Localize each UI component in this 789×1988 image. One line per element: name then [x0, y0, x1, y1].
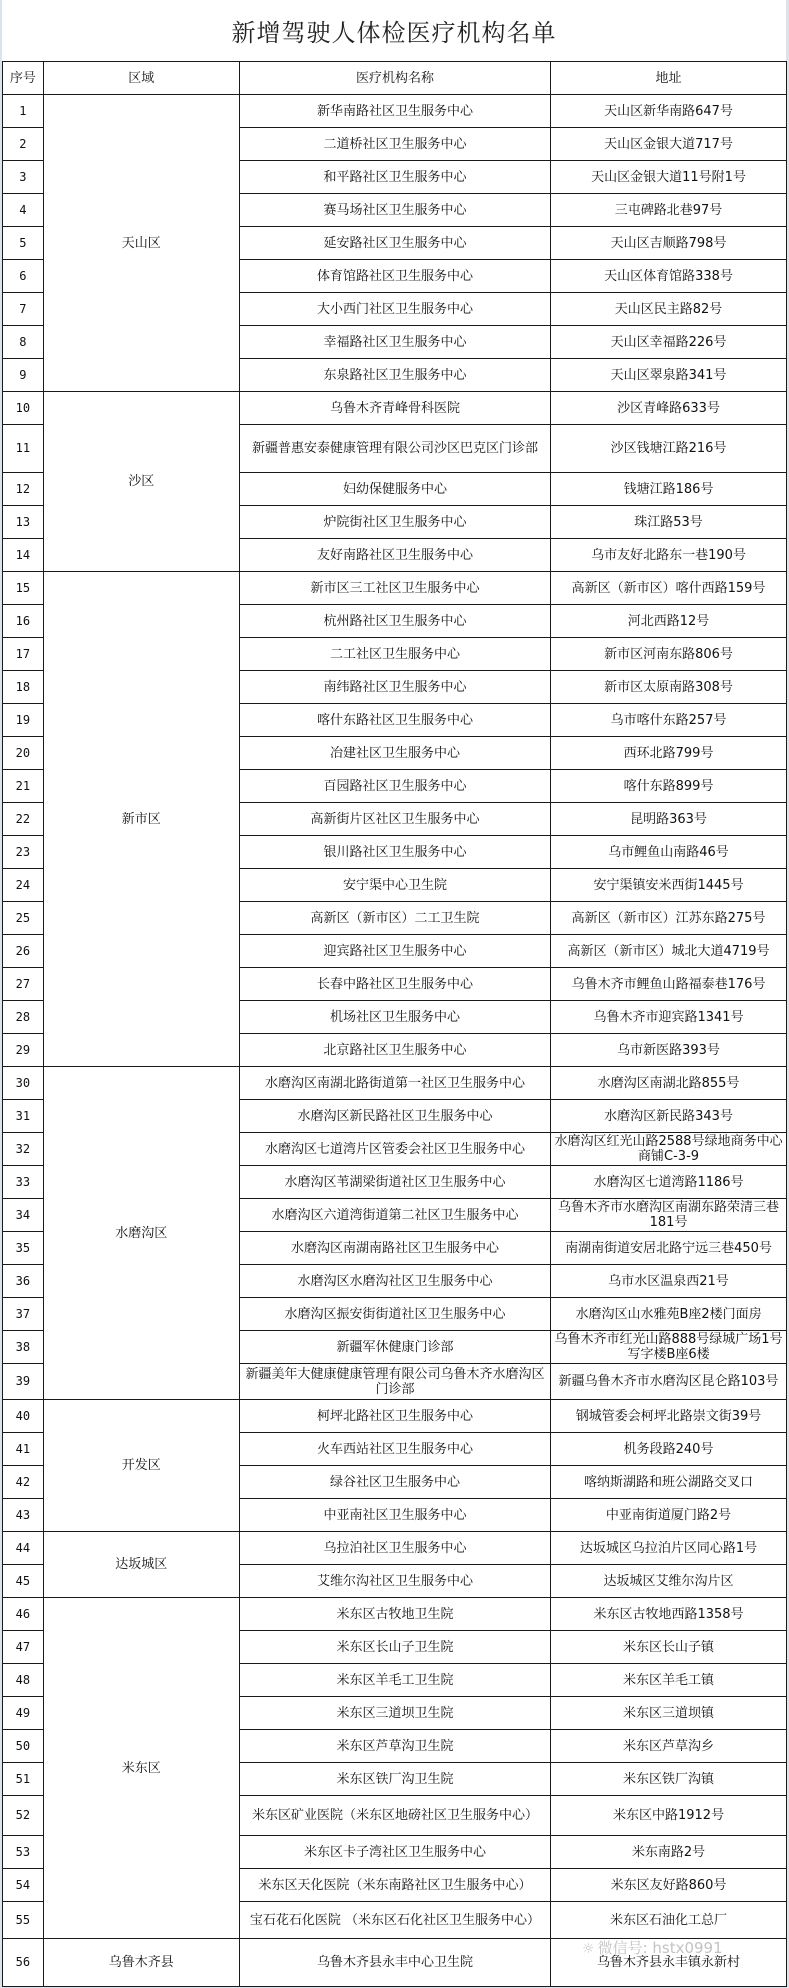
- cell-address: 乌鲁木齐市红光山路888号绿城广场1号写字楼B座6楼: [551, 1331, 787, 1364]
- table-row: 15新市区新市区三工社区卫生服务中心高新区（新市区）喀什西路159号: [3, 572, 787, 605]
- cell-address: 安宁渠镇安米西街1445号: [551, 869, 787, 902]
- cell-address: 达坂城区艾维尔沟片区: [551, 1565, 787, 1598]
- cell-institution-name: 米东区卡子湾社区卫生服务中心: [239, 1836, 550, 1869]
- table-body: 1天山区新华南路社区卫生服务中心天山区新华南路647号2二道桥社区卫生服务中心天…: [3, 95, 787, 1987]
- cell-address: 米东区友好路860号: [551, 1869, 787, 1902]
- cell-address: 喀什东路899号: [551, 770, 787, 803]
- cell-no: 26: [3, 935, 44, 968]
- table-header-row: 序号 区域 医疗机构名称 地址: [3, 62, 787, 95]
- cell-institution-name: 安宁渠中心卫生院: [239, 869, 550, 902]
- cell-no: 41: [3, 1433, 44, 1466]
- cell-institution-name: 水磨沟区南湖北路街道第一社区卫生服务中心: [239, 1067, 550, 1100]
- cell-address: 米东区中路1912号: [551, 1796, 787, 1836]
- cell-institution-name: 宝石花石化医院 （米东区石化社区卫生服务中心）: [239, 1902, 550, 1939]
- cell-address: 米东区石油化工总厂: [551, 1902, 787, 1939]
- cell-no: 7: [3, 293, 44, 326]
- table-row: 44达坂城区乌拉泊社区卫生服务中心达坂城区乌拉泊片区同心路1号: [3, 1532, 787, 1565]
- cell-address: 乌鲁木齐市迎宾路1341号: [551, 1001, 787, 1034]
- column-header-no: 序号: [3, 62, 44, 95]
- cell-no: 35: [3, 1232, 44, 1265]
- cell-institution-name: 乌鲁木齐青峰骨科医院: [239, 392, 550, 425]
- cell-no: 30: [3, 1067, 44, 1100]
- cell-address: 米东区芦草沟乡: [551, 1730, 787, 1763]
- cell-area: 沙区: [43, 392, 239, 572]
- cell-no: 3: [3, 161, 44, 194]
- cell-institution-name: 米东区天化医院（米东南路社区卫生服务中心）: [239, 1869, 550, 1902]
- column-header-area: 区域: [43, 62, 239, 95]
- cell-address: 新市区河南东路806号: [551, 638, 787, 671]
- cell-address: 昆明路363号: [551, 803, 787, 836]
- cell-no: 12: [3, 473, 44, 506]
- cell-institution-name: 长春中路社区卫生服务中心: [239, 968, 550, 1001]
- cell-no: 49: [3, 1697, 44, 1730]
- cell-address: 天山区翠泉路341号: [551, 359, 787, 392]
- cell-no: 38: [3, 1331, 44, 1364]
- cell-institution-name: 东泉路社区卫生服务中心: [239, 359, 550, 392]
- cell-address: 天山区体育馆路338号: [551, 260, 787, 293]
- cell-institution-name: 冶建社区卫生服务中心: [239, 737, 550, 770]
- cell-address: 钢城管委会柯坪北路崇文街39号: [551, 1400, 787, 1433]
- cell-institution-name: 体育馆路社区卫生服务中心: [239, 260, 550, 293]
- cell-no: 11: [3, 425, 44, 473]
- cell-no: 16: [3, 605, 44, 638]
- cell-institution-name: 水磨沟区南湖南路社区卫生服务中心: [239, 1232, 550, 1265]
- cell-address: 新市区太原南路308号: [551, 671, 787, 704]
- cell-institution-name: 百园路社区卫生服务中心: [239, 770, 550, 803]
- cell-address: 米东区古牧地西路1358号: [551, 1598, 787, 1631]
- cell-no: 8: [3, 326, 44, 359]
- cell-no: 6: [3, 260, 44, 293]
- cell-area: 水磨沟区: [43, 1067, 239, 1400]
- cell-institution-name: 新疆美年大健康健康管理有限公司乌鲁木齐水磨沟区门诊部: [239, 1364, 550, 1400]
- cell-institution-name: 幸福路社区卫生服务中心: [239, 326, 550, 359]
- cell-no: 45: [3, 1565, 44, 1598]
- cell-no: 34: [3, 1199, 44, 1232]
- cell-address: 喀纳斯湖路和班公湖路交叉口: [551, 1466, 787, 1499]
- cell-no: 31: [3, 1100, 44, 1133]
- cell-address: 西环北路799号: [551, 737, 787, 770]
- cell-no: 29: [3, 1034, 44, 1067]
- cell-institution-name: 新市区三工社区卫生服务中心: [239, 572, 550, 605]
- cell-institution-name: 水磨沟区新民路社区卫生服务中心: [239, 1100, 550, 1133]
- cell-address: 天山区金银大道11号附1号: [551, 161, 787, 194]
- cell-no: 1: [3, 95, 44, 128]
- cell-address: 新疆乌鲁木齐市水磨沟区昆仑路103号: [551, 1364, 787, 1400]
- cell-institution-name: 机场社区卫生服务中心: [239, 1001, 550, 1034]
- cell-no: 17: [3, 638, 44, 671]
- cell-institution-name: 和平路社区卫生服务中心: [239, 161, 550, 194]
- cell-address: 高新区（新市区）城北大道4719号: [551, 935, 787, 968]
- cell-address: 三屯碑路北巷97号: [551, 194, 787, 227]
- cell-area: 达坂城区: [43, 1532, 239, 1598]
- cell-institution-name: 延安路社区卫生服务中心: [239, 227, 550, 260]
- cell-no: 25: [3, 902, 44, 935]
- cell-address: 水磨沟区山水雅苑B座2楼门面房: [551, 1298, 787, 1331]
- cell-no: 20: [3, 737, 44, 770]
- cell-address: 天山区金银大道717号: [551, 128, 787, 161]
- cell-address: 乌市友好北路东一巷190号: [551, 539, 787, 572]
- institution-table: 序号 区域 医疗机构名称 地址 1天山区新华南路社区卫生服务中心天山区新华南路6…: [2, 61, 787, 1987]
- cell-no: 2: [3, 128, 44, 161]
- cell-address: 南湖南街道安居北路宁远三巷450号: [551, 1232, 787, 1265]
- cell-address: 河北西路12号: [551, 605, 787, 638]
- cell-address: 乌鲁木齐市鲤鱼山路福泰巷176号: [551, 968, 787, 1001]
- cell-institution-name: 乌拉泊社区卫生服务中心: [239, 1532, 550, 1565]
- cell-address: 水磨沟区新民路343号: [551, 1100, 787, 1133]
- cell-address: 机务段路240号: [551, 1433, 787, 1466]
- cell-no: 47: [3, 1631, 44, 1664]
- cell-institution-name: 高新区（新市区）二工卫生院: [239, 902, 550, 935]
- cell-no: 22: [3, 803, 44, 836]
- cell-institution-name: 米东区矿业医院（米东区地磅社区卫生服务中心）: [239, 1796, 550, 1836]
- cell-institution-name: 友好南路社区卫生服务中心: [239, 539, 550, 572]
- cell-institution-name: 杭州路社区卫生服务中心: [239, 605, 550, 638]
- cell-institution-name: 北京路社区卫生服务中心: [239, 1034, 550, 1067]
- cell-address: 米东区铁厂沟镇: [551, 1763, 787, 1796]
- cell-institution-name: 二道桥社区卫生服务中心: [239, 128, 550, 161]
- cell-no: 9: [3, 359, 44, 392]
- cell-address: 天山区幸福路226号: [551, 326, 787, 359]
- cell-institution-name: 高新街片区社区卫生服务中心: [239, 803, 550, 836]
- cell-address: 乌鲁木齐县永丰镇永新村: [551, 1939, 787, 1987]
- cell-institution-name: 水磨沟区六道湾街道第二社区卫生服务中心: [239, 1199, 550, 1232]
- cell-institution-name: 乌鲁木齐县永丰中心卫生院: [239, 1939, 550, 1987]
- cell-no: 4: [3, 194, 44, 227]
- cell-no: 27: [3, 968, 44, 1001]
- cell-no: 23: [3, 836, 44, 869]
- cell-institution-name: 迎宾路社区卫生服务中心: [239, 935, 550, 968]
- cell-no: 39: [3, 1364, 44, 1400]
- cell-no: 52: [3, 1796, 44, 1836]
- cell-institution-name: 赛马场社区卫生服务中心: [239, 194, 550, 227]
- table-row: 40开发区柯坪北路社区卫生服务中心钢城管委会柯坪北路崇文街39号: [3, 1400, 787, 1433]
- cell-institution-name: 中亚南社区卫生服务中心: [239, 1499, 550, 1532]
- cell-institution-name: 新疆军休健康门诊部: [239, 1331, 550, 1364]
- cell-address: 乌市水区温泉西21号: [551, 1265, 787, 1298]
- cell-institution-name: 炉院街社区卫生服务中心: [239, 506, 550, 539]
- cell-address: 天山区新华南路647号: [551, 95, 787, 128]
- cell-no: 18: [3, 671, 44, 704]
- cell-no: 19: [3, 704, 44, 737]
- cell-institution-name: 喀什东路社区卫生服务中心: [239, 704, 550, 737]
- cell-address: 达坂城区乌拉泊片区同心路1号: [551, 1532, 787, 1565]
- cell-no: 5: [3, 227, 44, 260]
- cell-institution-name: 米东区芦草沟卫生院: [239, 1730, 550, 1763]
- cell-address: 米东南路2号: [551, 1836, 787, 1869]
- cell-institution-name: 南纬路社区卫生服务中心: [239, 671, 550, 704]
- cell-no: 28: [3, 1001, 44, 1034]
- cell-institution-name: 水磨沟区水磨沟社区卫生服务中心: [239, 1265, 550, 1298]
- table-row: 1天山区新华南路社区卫生服务中心天山区新华南路647号: [3, 95, 787, 128]
- cell-institution-name: 绿谷社区卫生服务中心: [239, 1466, 550, 1499]
- cell-no: 14: [3, 539, 44, 572]
- document-sheet: 新增驾驶人体检医疗机构名单 序号 区域 医疗机构名称 地址 1天山区新华南路社区…: [2, 0, 786, 1987]
- cell-address: 米东区三道坝镇: [551, 1697, 787, 1730]
- cell-institution-name: 柯坪北路社区卫生服务中心: [239, 1400, 550, 1433]
- cell-no: 36: [3, 1265, 44, 1298]
- cell-no: 21: [3, 770, 44, 803]
- cell-no: 56: [3, 1939, 44, 1987]
- cell-institution-name: 妇幼保健服务中心: [239, 473, 550, 506]
- cell-address: 水磨沟区七道湾路1186号: [551, 1166, 787, 1199]
- cell-institution-name: 二工社区卫生服务中心: [239, 638, 550, 671]
- cell-address: 天山区民主路82号: [551, 293, 787, 326]
- cell-no: 43: [3, 1499, 44, 1532]
- cell-no: 54: [3, 1869, 44, 1902]
- cell-institution-name: 米东区三道坝卫生院: [239, 1697, 550, 1730]
- cell-address: 乌市鲤鱼山南路46号: [551, 836, 787, 869]
- cell-institution-name: 艾维尔沟社区卫生服务中心: [239, 1565, 550, 1598]
- cell-no: 48: [3, 1664, 44, 1697]
- cell-no: 51: [3, 1763, 44, 1796]
- cell-address: 珠江路53号: [551, 506, 787, 539]
- cell-address: 水磨沟区南湖北路855号: [551, 1067, 787, 1100]
- cell-no: 32: [3, 1133, 44, 1166]
- cell-institution-name: 火车西站社区卫生服务中心: [239, 1433, 550, 1466]
- cell-address: 米东区长山子镇: [551, 1631, 787, 1664]
- cell-no: 42: [3, 1466, 44, 1499]
- column-header-name: 医疗机构名称: [239, 62, 550, 95]
- cell-no: 46: [3, 1598, 44, 1631]
- cell-institution-name: 大小西门社区卫生服务中心: [239, 293, 550, 326]
- cell-institution-name: 米东区长山子卫生院: [239, 1631, 550, 1664]
- cell-institution-name: 新华南路社区卫生服务中心: [239, 95, 550, 128]
- cell-no: 37: [3, 1298, 44, 1331]
- cell-no: 24: [3, 869, 44, 902]
- cell-no: 50: [3, 1730, 44, 1763]
- cell-no: 53: [3, 1836, 44, 1869]
- cell-no: 44: [3, 1532, 44, 1565]
- cell-address: 水磨沟区红光山路2588号绿地商务中心商铺C-3-9: [551, 1133, 787, 1166]
- cell-institution-name: 水磨沟区振安街街道社区卫生服务中心: [239, 1298, 550, 1331]
- cell-area: 米东区: [43, 1598, 239, 1939]
- cell-area: 开发区: [43, 1400, 239, 1532]
- table-row: 30水磨沟区水磨沟区南湖北路街道第一社区卫生服务中心水磨沟区南湖北路855号: [3, 1067, 787, 1100]
- cell-no: 55: [3, 1902, 44, 1939]
- page-title: 新增驾驶人体检医疗机构名单: [2, 0, 786, 61]
- cell-institution-name: 米东区羊毛工卫生院: [239, 1664, 550, 1697]
- cell-area: 天山区: [43, 95, 239, 392]
- cell-no: 40: [3, 1400, 44, 1433]
- cell-address: 天山区吉顺路798号: [551, 227, 787, 260]
- cell-institution-name: 银川路社区卫生服务中心: [239, 836, 550, 869]
- cell-address: 钱塘江路186号: [551, 473, 787, 506]
- cell-institution-name: 米东区铁厂沟卫生院: [239, 1763, 550, 1796]
- cell-address: 沙区青峰路633号: [551, 392, 787, 425]
- cell-institution-name: 米东区古牧地卫生院: [239, 1598, 550, 1631]
- cell-address: 中亚南街道厦门路2号: [551, 1499, 787, 1532]
- cell-address: 乌市新医路393号: [551, 1034, 787, 1067]
- column-header-address: 地址: [551, 62, 787, 95]
- cell-no: 10: [3, 392, 44, 425]
- table-row: 56乌鲁木齐县乌鲁木齐县永丰中心卫生院乌鲁木齐县永丰镇永新村: [3, 1939, 787, 1987]
- table-row: 10沙区乌鲁木齐青峰骨科医院沙区青峰路633号: [3, 392, 787, 425]
- cell-address: 高新区（新市区）江苏东路275号: [551, 902, 787, 935]
- cell-institution-name: 水磨沟区七道湾片区管委会社区卫生服务中心: [239, 1133, 550, 1166]
- cell-institution-name: 水磨沟区苇湖梁街道社区卫生服务中心: [239, 1166, 550, 1199]
- table-row: 46米东区米东区古牧地卫生院米东区古牧地西路1358号: [3, 1598, 787, 1631]
- cell-area: 新市区: [43, 572, 239, 1067]
- cell-address: 高新区（新市区）喀什西路159号: [551, 572, 787, 605]
- cell-no: 13: [3, 506, 44, 539]
- cell-no: 15: [3, 572, 44, 605]
- cell-address: 乌鲁木齐市水磨沟区南湖东路荣清三巷181号: [551, 1199, 787, 1232]
- cell-area: 乌鲁木齐县: [43, 1939, 239, 1987]
- cell-address: 沙区钱塘江路216号: [551, 425, 787, 473]
- cell-address: 米东区羊毛工镇: [551, 1664, 787, 1697]
- cell-no: 33: [3, 1166, 44, 1199]
- cell-institution-name: 新疆普惠安泰健康管理有限公司沙区巴克区门诊部: [239, 425, 550, 473]
- cell-address: 乌市喀什东路257号: [551, 704, 787, 737]
